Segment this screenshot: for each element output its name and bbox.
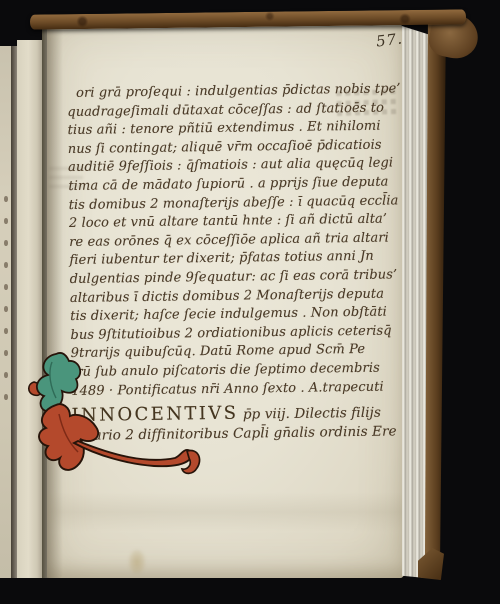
folio-number: 57. <box>375 29 404 50</box>
parchment-stain <box>129 550 145 574</box>
previous-page-sliver <box>17 40 42 578</box>
photo-background: 57. ori grā proſequi : indulgentias p̄di… <box>0 0 500 604</box>
page-fore-edges <box>402 26 428 578</box>
parchment-shading <box>47 492 404 532</box>
incipit-rest: p̄p viij. Dilectis filijs <box>238 405 381 423</box>
foliate-flourish-decoration <box>26 348 211 493</box>
facing-page-edge <box>0 46 11 578</box>
manuscript-page: 57. ori grā proſequi : indulgentias p̄di… <box>47 22 404 578</box>
